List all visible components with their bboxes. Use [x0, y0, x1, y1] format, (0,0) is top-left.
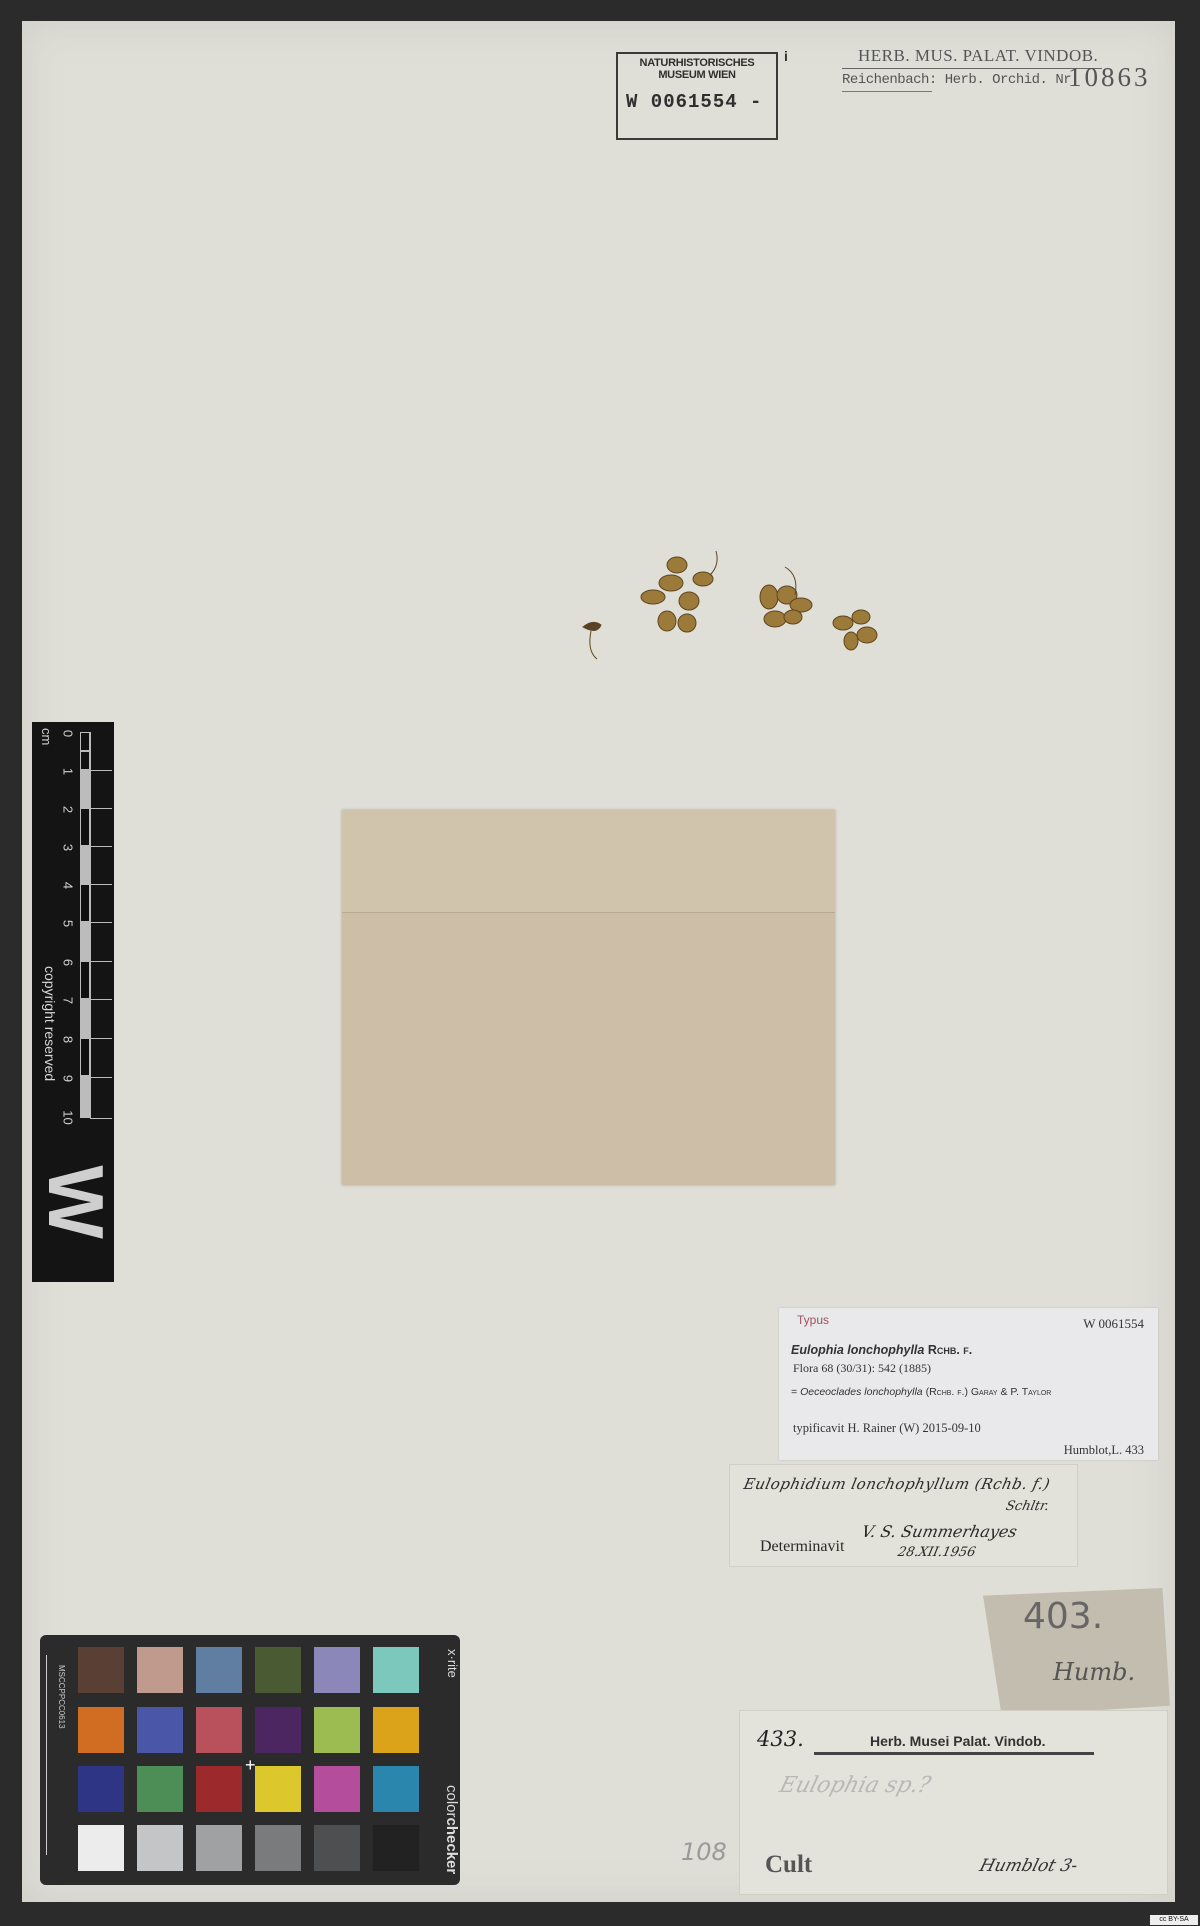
slip-collector: Humb. — [1053, 1658, 1135, 1686]
ruler-tick-label: 3 — [61, 840, 76, 856]
color-patch — [373, 1766, 419, 1812]
ruler-tick-label: 9 — [61, 1071, 76, 1087]
ruler-unit: cm — [39, 728, 54, 745]
specimen-envelope[interactable] — [342, 810, 835, 1185]
type-label: Typus W 0061554 Eulophia lonchophylla Rc… — [779, 1308, 1158, 1460]
color-patch — [78, 1766, 124, 1812]
handwritten-slip: 403. Humb. — [983, 1588, 1170, 1716]
stamp-barcode-number: W 0061554 - — [626, 91, 776, 113]
color-patch — [196, 1707, 242, 1753]
color-patch — [196, 1825, 242, 1871]
ruler-tick-label: 10 — [61, 1110, 76, 1126]
color-patch — [78, 1825, 124, 1871]
synonym-name: Oeceoclades lonchophylla — [800, 1386, 923, 1398]
ruler-tick-label: 8 — [61, 1032, 76, 1048]
ruler-copyright: copyright reserved — [42, 966, 58, 1081]
color-patch — [255, 1766, 301, 1812]
ruler-tick-label: 1 — [61, 764, 76, 780]
ruler-tick — [90, 846, 112, 847]
color-patch — [314, 1825, 360, 1871]
color-patch — [137, 1825, 183, 1871]
color-patch — [196, 1766, 242, 1812]
synonym-prefix: = — [791, 1386, 800, 1398]
ruler-tick — [90, 961, 112, 962]
ruler-tick — [90, 770, 112, 771]
ruler-segment — [80, 732, 90, 751]
taxon-author: Rchb. f. — [928, 1343, 972, 1357]
stamp-line1: NATURHISTORISCHES — [618, 57, 776, 69]
reichenbach-line: Reichenbach: Herb. Orchid. Nr. — [842, 72, 1079, 88]
synonym-author: (Rchb. f.) Garay & P. Taylor — [926, 1386, 1052, 1398]
envelope-flap[interactable] — [342, 810, 835, 913]
type-taxon-name: Eulophia lonchophylla Rchb. f. — [791, 1343, 972, 1357]
slip-number: 403. — [1023, 1596, 1103, 1637]
ruler-tick-label: 0 — [61, 726, 76, 742]
ruler-tick-label: 7 — [61, 993, 76, 1009]
type-collector: Humblot,L. 433 — [1064, 1443, 1144, 1458]
cult-stamp: Cult — [765, 1851, 812, 1879]
header-rule — [842, 68, 1102, 69]
color-patch — [78, 1647, 124, 1693]
museum-stamp: NATURHISTORISCHES MUSEUM WIEN W 0061554 … — [616, 52, 778, 140]
crosshair-icon: + — [245, 1755, 256, 1776]
license-badge[interactable]: cc BY-SA — [1150, 1915, 1198, 1925]
ruler-tick-label: 5 — [61, 916, 76, 932]
color-patch — [137, 1647, 183, 1693]
ruler-tick-label: 6 — [61, 955, 76, 971]
herbarium-header-title: HERB. MUS. PALAT. VINDOB. — [858, 46, 1098, 66]
taxon-name: Eulophia lonchophylla — [791, 1343, 924, 1357]
ruler-segment — [80, 808, 90, 846]
pencil-note: 108 — [681, 1838, 727, 1866]
color-patch — [255, 1707, 301, 1753]
herbarium-label-number: 433. — [757, 1727, 804, 1751]
pencil-identification: Eulophia sp.? — [777, 1773, 934, 1798]
color-patch — [78, 1707, 124, 1753]
determinavit-label: Determinavit — [760, 1538, 844, 1556]
color-checker-code: MSCCPPCC0613 — [57, 1665, 66, 1729]
color-patch — [373, 1825, 419, 1871]
determination-label: Eulophidium lonchophyllum (Rchb. f.) Sch… — [729, 1464, 1078, 1567]
herbarium-label-rule — [814, 1752, 1094, 1755]
ruler-tick — [90, 999, 112, 1000]
ruler-tick-label: 4 — [61, 878, 76, 894]
ruler-segment — [80, 1038, 90, 1076]
reichenbach-underline — [842, 91, 932, 92]
herbarium-label-title: Herb. Musei Palat. Vindob. — [870, 1733, 1046, 1749]
color-checker: MSCCPPCC0613 + x·rite colorchecker — [40, 1635, 460, 1885]
color-patch — [314, 1647, 360, 1693]
xrite-logo: x·rite — [445, 1649, 460, 1678]
orchid-flower-specimens — [575, 535, 895, 675]
ruler-right-column — [90, 732, 112, 1118]
type-synonym: = Oeceoclades lonchophylla (Rchb. f.) Ga… — [791, 1386, 1051, 1398]
ruler-tick-label: 2 — [61, 802, 76, 818]
ruler-tick — [90, 884, 112, 885]
determination-author: Schltr. — [1005, 1499, 1051, 1514]
color-patch — [255, 1825, 301, 1871]
stamp-mark: i — [784, 48, 788, 64]
herbarium-label: 433. Herb. Musei Palat. Vindob. Eulophia… — [739, 1710, 1168, 1895]
type-barcode: W 0061554 — [1083, 1316, 1144, 1332]
color-patch — [137, 1707, 183, 1753]
ruler-tick — [90, 1077, 112, 1078]
type-status: Typus — [797, 1313, 829, 1327]
color-patch — [373, 1647, 419, 1693]
color-patch — [137, 1766, 183, 1812]
orchid-herbarium-number: 10863 — [1068, 62, 1151, 93]
ruler-tick — [90, 922, 112, 923]
color-patch — [196, 1647, 242, 1693]
herbarium-label-collector: Humblot 3- — [977, 1856, 1080, 1876]
ruler-segment — [80, 884, 90, 922]
stamp-line2: MUSEUM WIEN — [618, 69, 776, 81]
ruler-segment — [80, 751, 90, 770]
color-patch — [314, 1766, 360, 1812]
color-patch — [314, 1707, 360, 1753]
color-patch — [255, 1647, 301, 1693]
ruler-tick — [90, 1038, 112, 1039]
colorchecker-logo: colorchecker — [443, 1785, 460, 1874]
ruler-segment — [80, 961, 90, 999]
ruler-tick — [90, 808, 112, 809]
museum-w-logo: W — [33, 1165, 113, 1239]
ruler-tick — [90, 1118, 112, 1119]
scale-ruler: cm 0 1 2 3 4 5 6 7 8 9 10 copyright rese… — [32, 722, 114, 1282]
type-publication: Flora 68 (30/31): 542 (1885) — [793, 1361, 931, 1376]
determination-date: 28.XII.1956 — [896, 1545, 977, 1560]
determination-taxon: Eulophidium lonchophyllum (Rchb. f.) — [742, 1475, 1052, 1493]
determiner-name: V. S. Summerhayes — [860, 1522, 1019, 1541]
color-patch — [373, 1707, 419, 1753]
typification-note: typificavit H. Rainer (W) 2015-09-10 — [793, 1421, 981, 1436]
